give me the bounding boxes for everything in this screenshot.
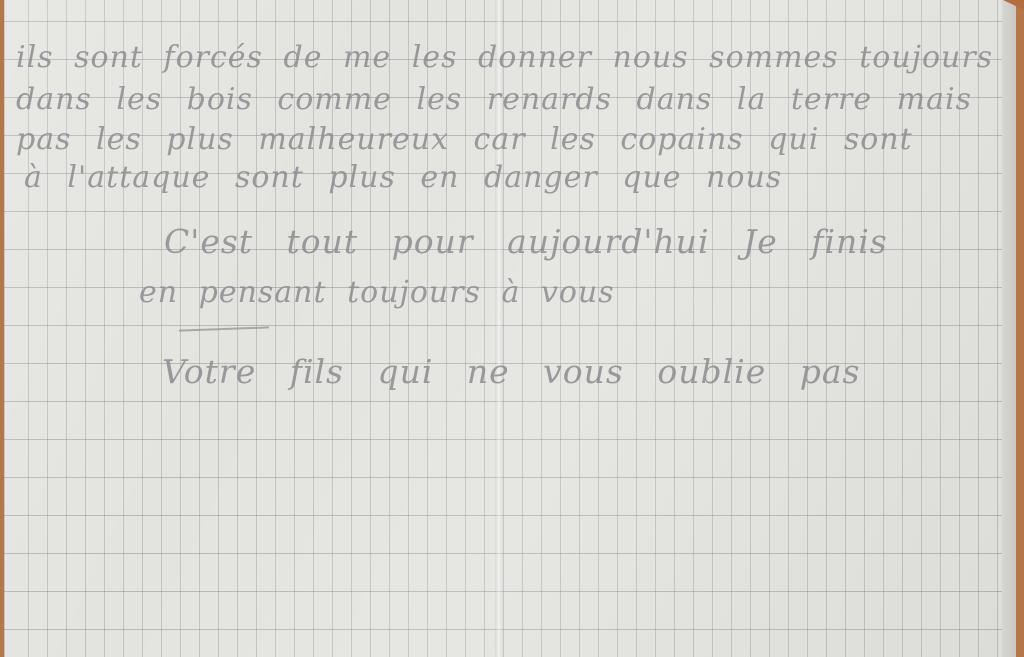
letter-line-1: ils sont forcés de me les donner nous so…: [16, 40, 993, 75]
signature-underline: [179, 326, 269, 331]
paper-edge: [1002, 0, 1016, 657]
letter-closing-line-1: C'est tout pour aujourd'hui Je finis: [164, 222, 888, 261]
letter-line-2: dans les bois comme les renards dans la …: [16, 82, 972, 117]
letter-signature: Votre fils qui ne vous oublie pas: [162, 352, 860, 391]
letter-line-4: à l'attaque sont plus en danger que nous: [24, 160, 782, 195]
letter-line-3: pas les plus malheureux car les copains …: [16, 122, 913, 157]
letter-closing-line-2: en pensant toujours à vous: [139, 275, 615, 310]
letter-sheet: ils sont forcés de me les donner nous so…: [4, 0, 1016, 657]
